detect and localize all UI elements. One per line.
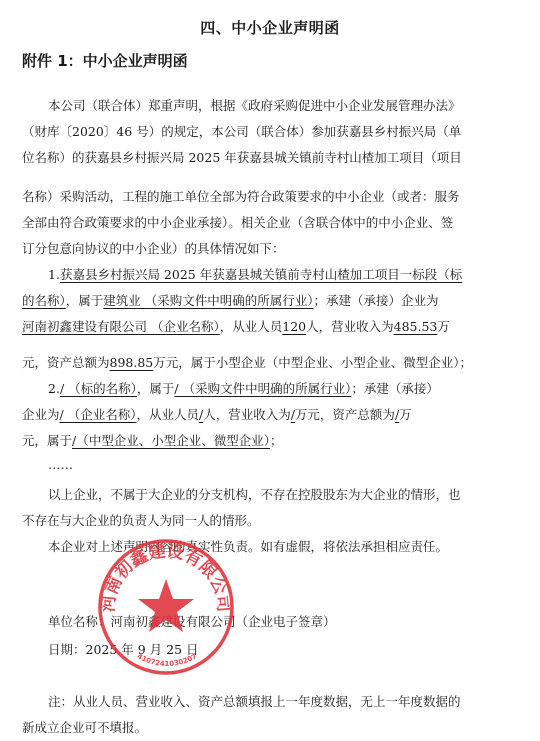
item1-staff-unit: 人，营业收入为	[306, 319, 394, 334]
item2-staff-unit: 人，营业收入为	[203, 407, 291, 422]
intro-line-6: 订分包意向协议的中小企业）的具体情况如下：	[22, 239, 285, 257]
statement-line-2: 不存在与大企业的负责人为同一人的情形。	[22, 511, 260, 529]
item1-number: 1.	[48, 267, 60, 282]
ellipsis: ……	[48, 457, 73, 472]
item2-line-1: 2./ （标的名称），属于/ （采购文件中明确的所属行业）；承建（承接）	[48, 379, 439, 397]
item2-contractor-label: ；承建（承接）	[351, 381, 439, 396]
item1-assets: 898.85	[110, 355, 154, 370]
intro-line-4: 名称）采购活动，工程的施工单位全部为符合政策要求的中小企业（或者：服务	[22, 187, 460, 205]
item2-size: /（中型企业、小型企业、微型企业）	[72, 433, 270, 448]
responsibility-statement: 本企业对上述声明内容的真实性负责。如有虚假，将依法承担相应责任。	[48, 537, 448, 555]
item1-project-name-tail: 的名称）	[22, 293, 66, 308]
item2-belongs-label: ，属于	[137, 381, 175, 396]
item2-company: / （企业名称）	[60, 407, 137, 422]
attachment-heading: 附件 1：中小企业声明函	[22, 50, 188, 71]
item2-industry: / （采购文件中明确的所属行业）	[174, 381, 351, 396]
item1-contractor-label: ；承建（承接）企业为	[314, 293, 439, 308]
item2-contractor-label-2: 企业为	[22, 407, 60, 422]
item2-size-prefix: 元，属于	[22, 433, 72, 448]
item2-size-suffix: ；	[270, 433, 283, 448]
item2-staff-label: ，从业人员	[136, 407, 199, 422]
item1-assets-prefix: 元，资产总额为	[22, 355, 110, 370]
item1-staff: 120	[282, 319, 306, 334]
item2-line-2: 企业为/ （企业名称），从业人员/人，营业收入为/万元，资产总额为/万	[22, 405, 412, 423]
item2-line-3: 元，属于/（中型企业、小型企业、微型企业）；	[22, 431, 283, 449]
intro-line-3: 位名称）的获嘉县乡村振兴局 2025 年获嘉县城关镇前寺村山楂加工项目（项目	[22, 148, 462, 166]
item1-staff-label: ，从业人员	[220, 319, 283, 334]
item1-line-4: 元，资产总额为898.85万元，属于小型企业（中型企业、小型企业、微型企业）；	[22, 353, 472, 371]
item1-revenue-unit: 万	[437, 319, 450, 334]
item1-line-1: 1.获嘉县乡村振兴局 2025 年获嘉县城关镇前寺村山楂加工项目一标段（标	[48, 265, 462, 283]
item2-revenue-unit: 万元，资产总额为	[295, 407, 395, 422]
intro-line-2: （财库〔2020〕46 号）的规定，本公司（联合体）参加获嘉县乡村振兴局（单	[22, 122, 461, 140]
statement-line-1: 以上企业，不属于大企业的分支机构，不存在控股股东为大企业的情形，也	[48, 485, 461, 503]
note-line-1: 注：从业人员、营业收入、资产总额填报上一年度数据，无上一年度数据的	[48, 692, 461, 710]
item1-company: 河南初鑫建设有限公司 （企业名称）	[22, 319, 220, 334]
note-line-2: 新成立企业可不填报。	[22, 718, 147, 736]
item2-assets-unit: 万	[399, 407, 412, 422]
signature-date: 日期：2025 年 9 月 25 日	[48, 640, 199, 658]
intro-line-5: 全部由符合政策要求的中小企业承接）。相关企业（含联合体中的中小企业、签	[22, 213, 453, 231]
item1-assets-suffix: 万元，属于小型企业（中型企业、小型企业、微型企业）；	[153, 355, 472, 370]
item1-line-3: 河南初鑫建设有限公司 （企业名称），从业人员120人，营业收入为485.53万	[22, 317, 450, 335]
item1-belongs-label: ，属于	[66, 293, 104, 308]
unit-name: 单位名称：河南初鑫建设有限公司（企业电子签章）	[48, 612, 336, 630]
intro-line-1: 本公司（联合体）郑重声明，根据《政府采购促进中小企业发展管理办法》	[48, 96, 461, 114]
item1-revenue: 485.53	[394, 319, 438, 334]
item2-number: 2.	[48, 381, 60, 396]
declaration-page: 四、中小企业声明函 附件 1：中小企业声明函 本公司（联合体）郑重声明，根据《政…	[0, 0, 540, 741]
item1-project-name: 获嘉县乡村振兴局 2025 年获嘉县城关镇前寺村山楂加工项目一标段（标	[60, 267, 462, 282]
item1-industry: 建筑业 （采购文件中明确的所属行业）	[103, 293, 313, 308]
page-title: 四、中小企业声明函	[0, 17, 540, 38]
item2-project-name: / （标的名称）	[60, 381, 137, 396]
item1-line-2: 的名称），属于建筑业 （采购文件中明确的所属行业）；承建（承接）企业为	[22, 291, 439, 309]
